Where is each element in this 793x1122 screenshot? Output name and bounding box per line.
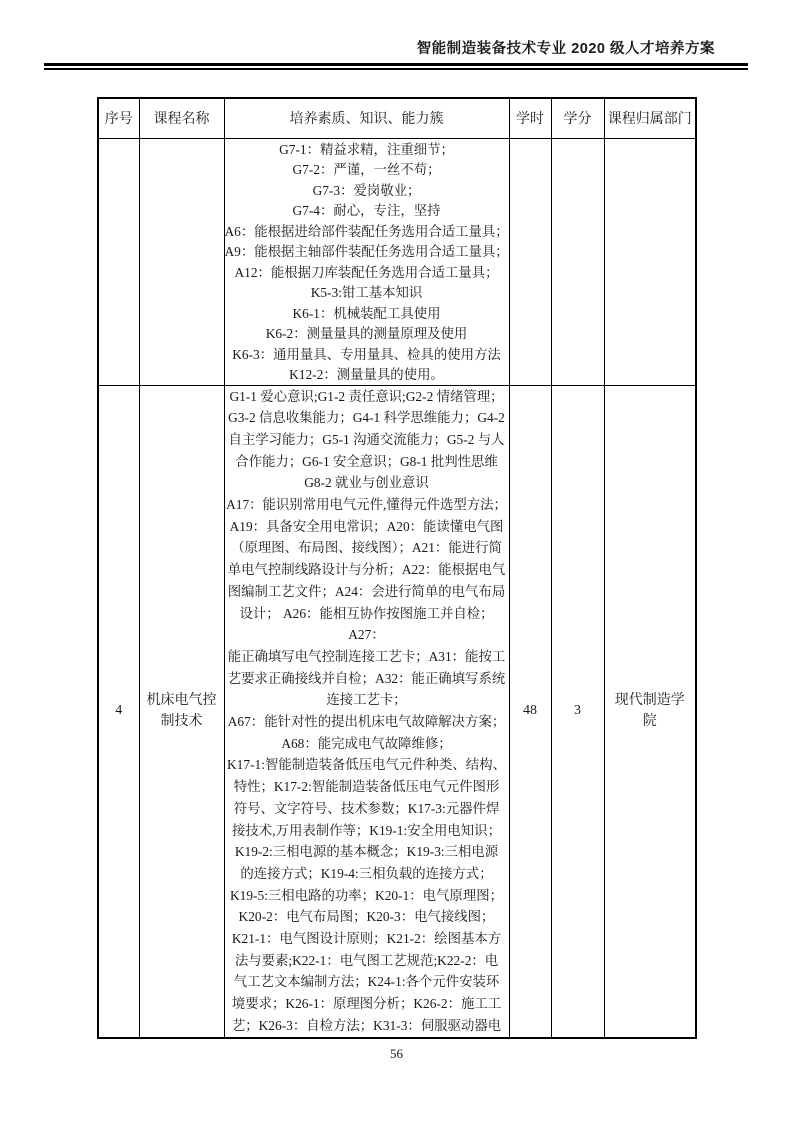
cluster-paragraph: A67：能针对性的提出机床电气故障解决方案； xyxy=(225,711,509,733)
cluster-line: K12-2：测量量具的使用。 xyxy=(225,365,509,385)
cluster-paragraph: A17：能识别常用电气元件,懂得元件选型方法； A19：具备安全用电常识；A20… xyxy=(225,494,509,711)
cluster-line: K6-1：机械装配工具使用 xyxy=(225,304,509,324)
cluster-line: G7-2：严谨，一丝不苟； xyxy=(225,160,509,180)
cluster-line: A12：能根据刀库装配任务选用合适工量具； xyxy=(225,263,509,283)
cell-credits: 3 xyxy=(551,385,604,1038)
col-header-course: 课程名称 xyxy=(139,98,224,138)
cell-seq: 4 xyxy=(98,385,139,1038)
table-row-continuation: G7-1：精益求精，注重细节；G7-2：严谨，一丝不苟；G7-3：爱岗敬业；G7… xyxy=(98,138,696,385)
cell-credits xyxy=(551,138,604,385)
header-rule-thin-line xyxy=(44,68,748,70)
cluster-line: G7-4：耐心，专注，坚持 xyxy=(225,201,509,221)
header-rule-thick-line xyxy=(44,63,748,66)
cell-course-name xyxy=(139,138,224,385)
cluster-paragraph: A68：能完成电气故障维修； xyxy=(225,733,509,755)
cluster-line: A9：能根据主轴部件装配任务选用合适工量具； xyxy=(225,242,509,262)
curriculum-table: 序号 课程名称 培养素质、知识、能力簇 学时 学分 课程归属部门 G7-1：精益… xyxy=(97,97,697,1039)
cell-department: 现代制造学 院 xyxy=(604,385,696,1038)
table-header-row: 序号 课程名称 培养素质、知识、能力簇 学时 学分 课程归属部门 xyxy=(98,98,696,138)
cluster-line: G7-3：爱岗敬业； xyxy=(225,181,509,201)
cluster-paragraph: G1-1 爱心意识;G1-2 责任意识;G2-2 情绪管理； G3-2 信息收集… xyxy=(225,386,509,495)
cell-ability-cluster: G7-1：精益求精，注重细节；G7-2：严谨，一丝不苟；G7-3：爱岗敬业；G7… xyxy=(224,138,509,385)
cell-hours xyxy=(509,138,551,385)
cluster-line: K5-3:钳工基本知识 xyxy=(225,283,509,303)
col-header-credits: 学分 xyxy=(551,98,604,138)
cell-hours: 48 xyxy=(509,385,551,1038)
col-header-department: 课程归属部门 xyxy=(604,98,696,138)
table-row-course-4: 4 机床电气控 制技术 G1-1 爱心意识;G1-2 责任意识;G2-2 情绪管… xyxy=(98,385,696,1038)
cluster-line: G7-1：精益求精，注重细节； xyxy=(225,140,509,160)
header-double-rule xyxy=(44,63,748,70)
cell-seq xyxy=(98,138,139,385)
col-header-seq: 序号 xyxy=(98,98,139,138)
cell-course-name: 机床电气控 制技术 xyxy=(139,385,224,1038)
cluster-line: K6-3：通用量具、专用量具、检具的使用方法 xyxy=(225,345,509,365)
cell-ability-cluster: G1-1 爱心意识;G1-2 责任意识;G2-2 情绪管理； G3-2 信息收集… xyxy=(224,385,509,1038)
cell-department xyxy=(604,138,696,385)
page-number: 56 xyxy=(0,1046,793,1062)
col-header-cluster: 培养素质、知识、能力簇 xyxy=(224,98,509,138)
page-title: 智能制造装备技术专业 2020 级人才培养方案 xyxy=(417,37,715,58)
col-header-hours: 学时 xyxy=(509,98,551,138)
cluster-paragraph: K17-1:智能制造装备低压电气元件种类、结构、 特性；K17-2:智能制造装备… xyxy=(225,754,509,1036)
cluster-line: K6-2：测量量具的测量原理及使用 xyxy=(225,324,509,344)
cluster-line: A6：能根据进给部件装配任务选用合适工量具； xyxy=(225,222,509,242)
